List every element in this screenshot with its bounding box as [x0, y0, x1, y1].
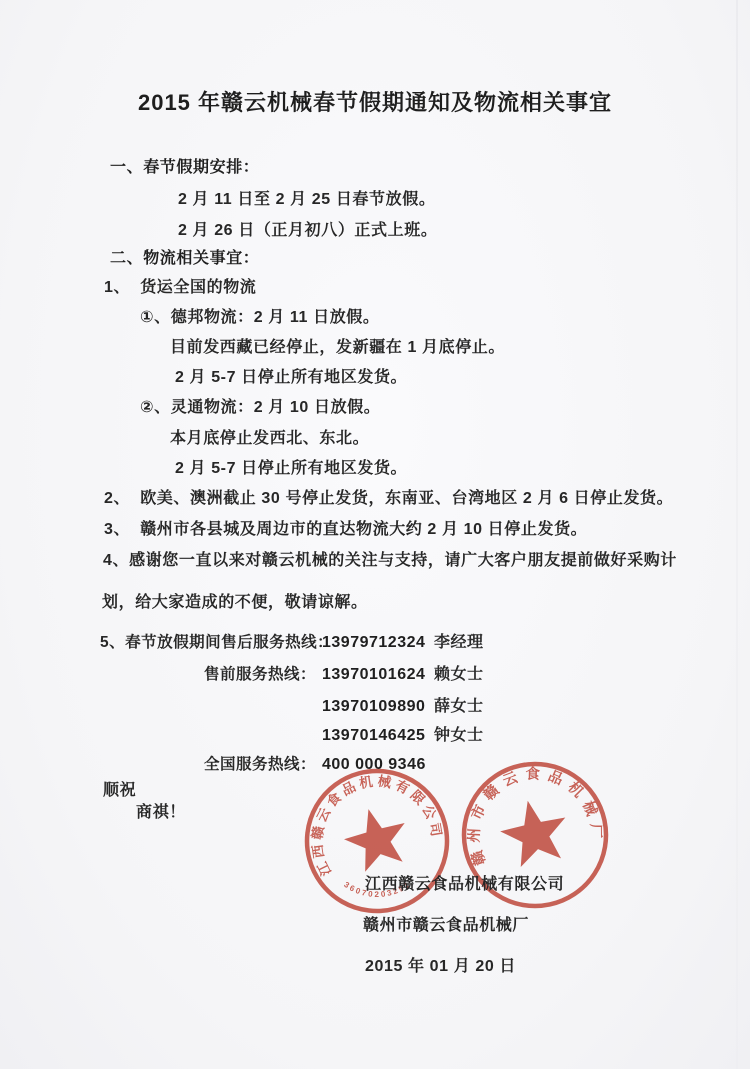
lingtong-stop-line: 2 月 5-7 日停止所有地区发货。: [175, 459, 407, 479]
debang-line: ①、德邦物流：2 月 11 日放假。: [140, 308, 380, 328]
section-2-heading: 二、物流相关事宜：: [110, 249, 259, 269]
signature-company-1: 江西赣云食品机械有限公司: [365, 871, 564, 894]
phone-number: 13970101624: [316, 666, 434, 684]
item-4-wrap-line: 划，给大家造成的不便，敬请谅解。: [102, 593, 368, 613]
hotline-row: 13970146425 钟女士: [100, 722, 660, 744]
item-1-line: 1、 货运全国的物流: [104, 278, 256, 298]
item-3-line: 3、 赣州市各县城及周边市的直达物流大约 2 月 10 日停止发货。: [104, 520, 587, 540]
section-1-heading: 一、春节假期安排：: [110, 158, 259, 178]
holiday-dates-line: 2 月 11 日至 2 月 25 日春节放假。: [178, 190, 435, 210]
document-title: 2015 年赣云机械春节假期通知及物流相关事宜: [0, 86, 750, 117]
signature-company-2: 赣州市赣云食品机械厂: [363, 912, 529, 935]
scanned-notice-page: 2015 年赣云机械春节假期通知及物流相关事宜 一、春节假期安排： 2 月 11…: [0, 0, 750, 1069]
lingtong-line: ②、灵通物流：2 月 10 日放假。: [140, 398, 380, 418]
closing-shunzhu: 顺祝: [103, 777, 136, 800]
debang-detail-line: 目前发西藏已经停止，发新疆在 1 月底停止。: [170, 338, 505, 358]
phone-number: 13979712324: [316, 634, 434, 652]
item-4-line: 4、感谢您一直以来对赣云机械的关注与支持，请广大客户朋友提前做好采购计: [103, 551, 677, 571]
phone-number: 13970146425: [316, 727, 434, 745]
seal-star-icon: [495, 794, 573, 870]
item-2-line: 2、 欧美、澳洲截止 30 号停止发货，东南亚、台湾地区 2 月 6 日停止发货…: [104, 489, 673, 509]
work-resume-line: 2 月 26 日（正月初八）正式上班。: [178, 221, 437, 241]
contact-name: 薛女士: [434, 693, 660, 716]
seal-star-icon: [338, 801, 414, 875]
contact-name: 钟女士: [434, 722, 660, 745]
company-seal-left: 江西赣云食品机械有限公司 36070203291: [297, 761, 457, 921]
hotline-row: 5、春节放假期间售后服务热线： 13979712324 李经理: [100, 629, 660, 651]
signature-date: 2015 年 01 月 20 日: [365, 953, 516, 976]
hotline-label: 全国服务热线：: [100, 752, 316, 774]
lingtong-detail-line: 本月底停止发西北、东北。: [170, 429, 369, 449]
phone-number: 13970109890: [316, 698, 434, 716]
contact-name: 赖女士: [434, 661, 660, 684]
debang-stop-line: 2 月 5-7 日停止所有地区发货。: [175, 368, 407, 388]
contact-name: 李经理: [434, 629, 660, 652]
hotline-label: 售前服务热线：: [100, 662, 316, 684]
hotline-label: 5、春节放假期间售后服务热线：: [100, 630, 316, 652]
hotline-row: 售前服务热线： 13970101624 赖女士: [100, 661, 660, 683]
hotline-row: 13970109890 薛女士: [100, 693, 660, 715]
closing-shangqi: 商祺！: [136, 799, 186, 822]
